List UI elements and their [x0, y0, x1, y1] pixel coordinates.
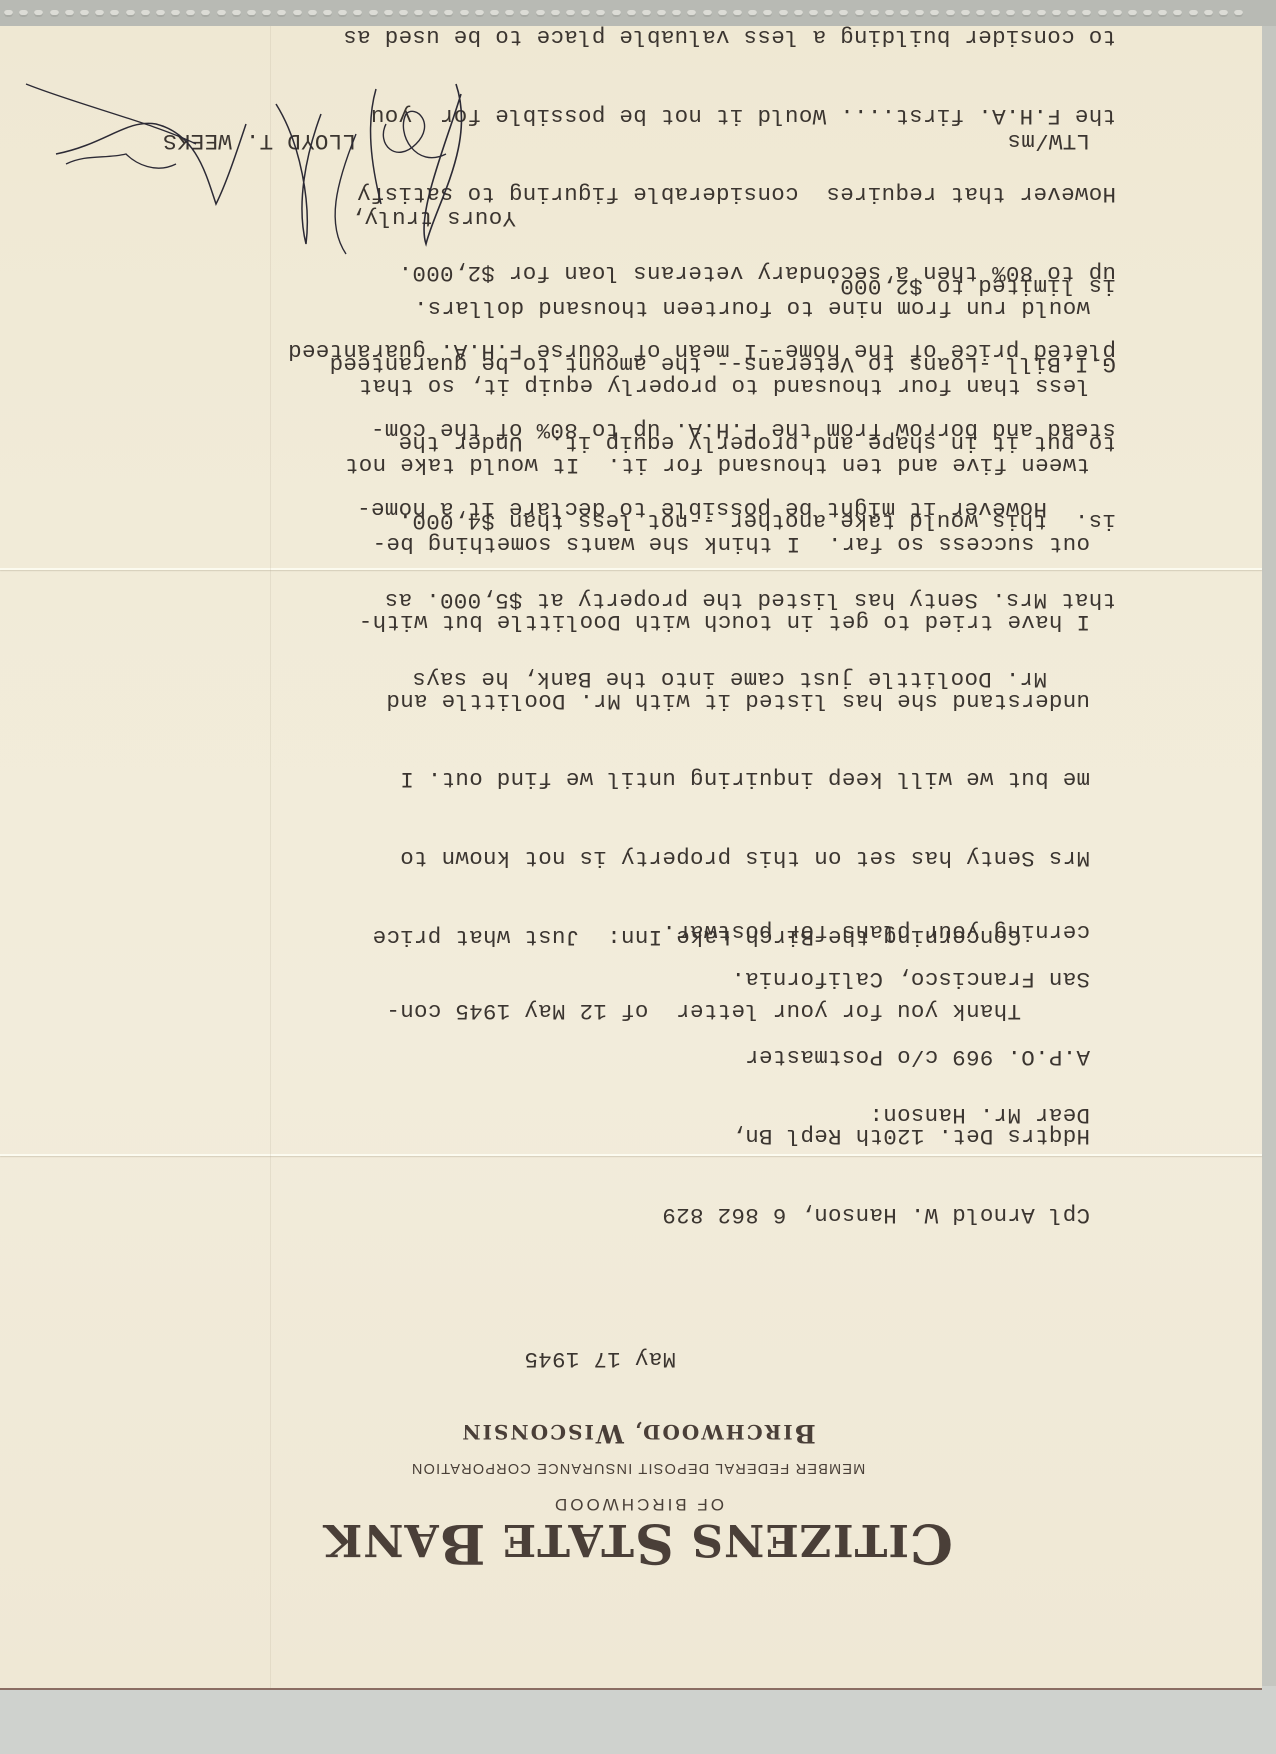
typist-initials: LTW/ms	[1007, 128, 1090, 154]
body-line: Mrs Senty has set on this property is no…	[345, 845, 1090, 871]
fdic-member-line: MEMBER FEDERAL DEPOSIT INSURANCE CORPORA…	[0, 1460, 1276, 1476]
body-line: stead and borrow from the F.H.A. up to 8…	[288, 417, 1116, 443]
body-line: Mr. Doolittle just came into the Bank, h…	[329, 665, 1116, 691]
body-line: However it might be possible to declare …	[288, 495, 1116, 521]
address-line: Cpl Arnold W. Hanson, 6 862 829	[662, 1201, 1090, 1227]
body-line: Concerning the Birch Lake Inn: Just what…	[345, 923, 1090, 949]
bank-city: BIRCHWOOD, WISCONSIN	[0, 1419, 1276, 1448]
bank-name: CITIZENS STATE BANK	[0, 1512, 1276, 1576]
letter-date: May 17 1945	[524, 1346, 676, 1372]
bank-location-line: OF BIRCHWOOD	[0, 1494, 1276, 1514]
body-line: me but we will keep inquiring until we f…	[345, 766, 1090, 792]
letter-content-rotated: CITIZENS STATE BANK OF BIRCHWOOD MEMBER …	[0, 0, 1276, 1754]
bank-name-word: BANK	[323, 1514, 485, 1565]
salutation: Dear Mr. Hanson:	[869, 1102, 1090, 1128]
bank-name-word: STATE	[502, 1514, 674, 1565]
body-line: pleted price of the home--I mean of cour…	[288, 338, 1116, 364]
bank-name-word: CITIZENS	[690, 1514, 953, 1565]
body-line: to consider building a less valuable pla…	[288, 24, 1116, 50]
body-line: that Mrs. Senty has listed the property …	[329, 587, 1116, 613]
handwritten-signature	[16, 74, 576, 264]
